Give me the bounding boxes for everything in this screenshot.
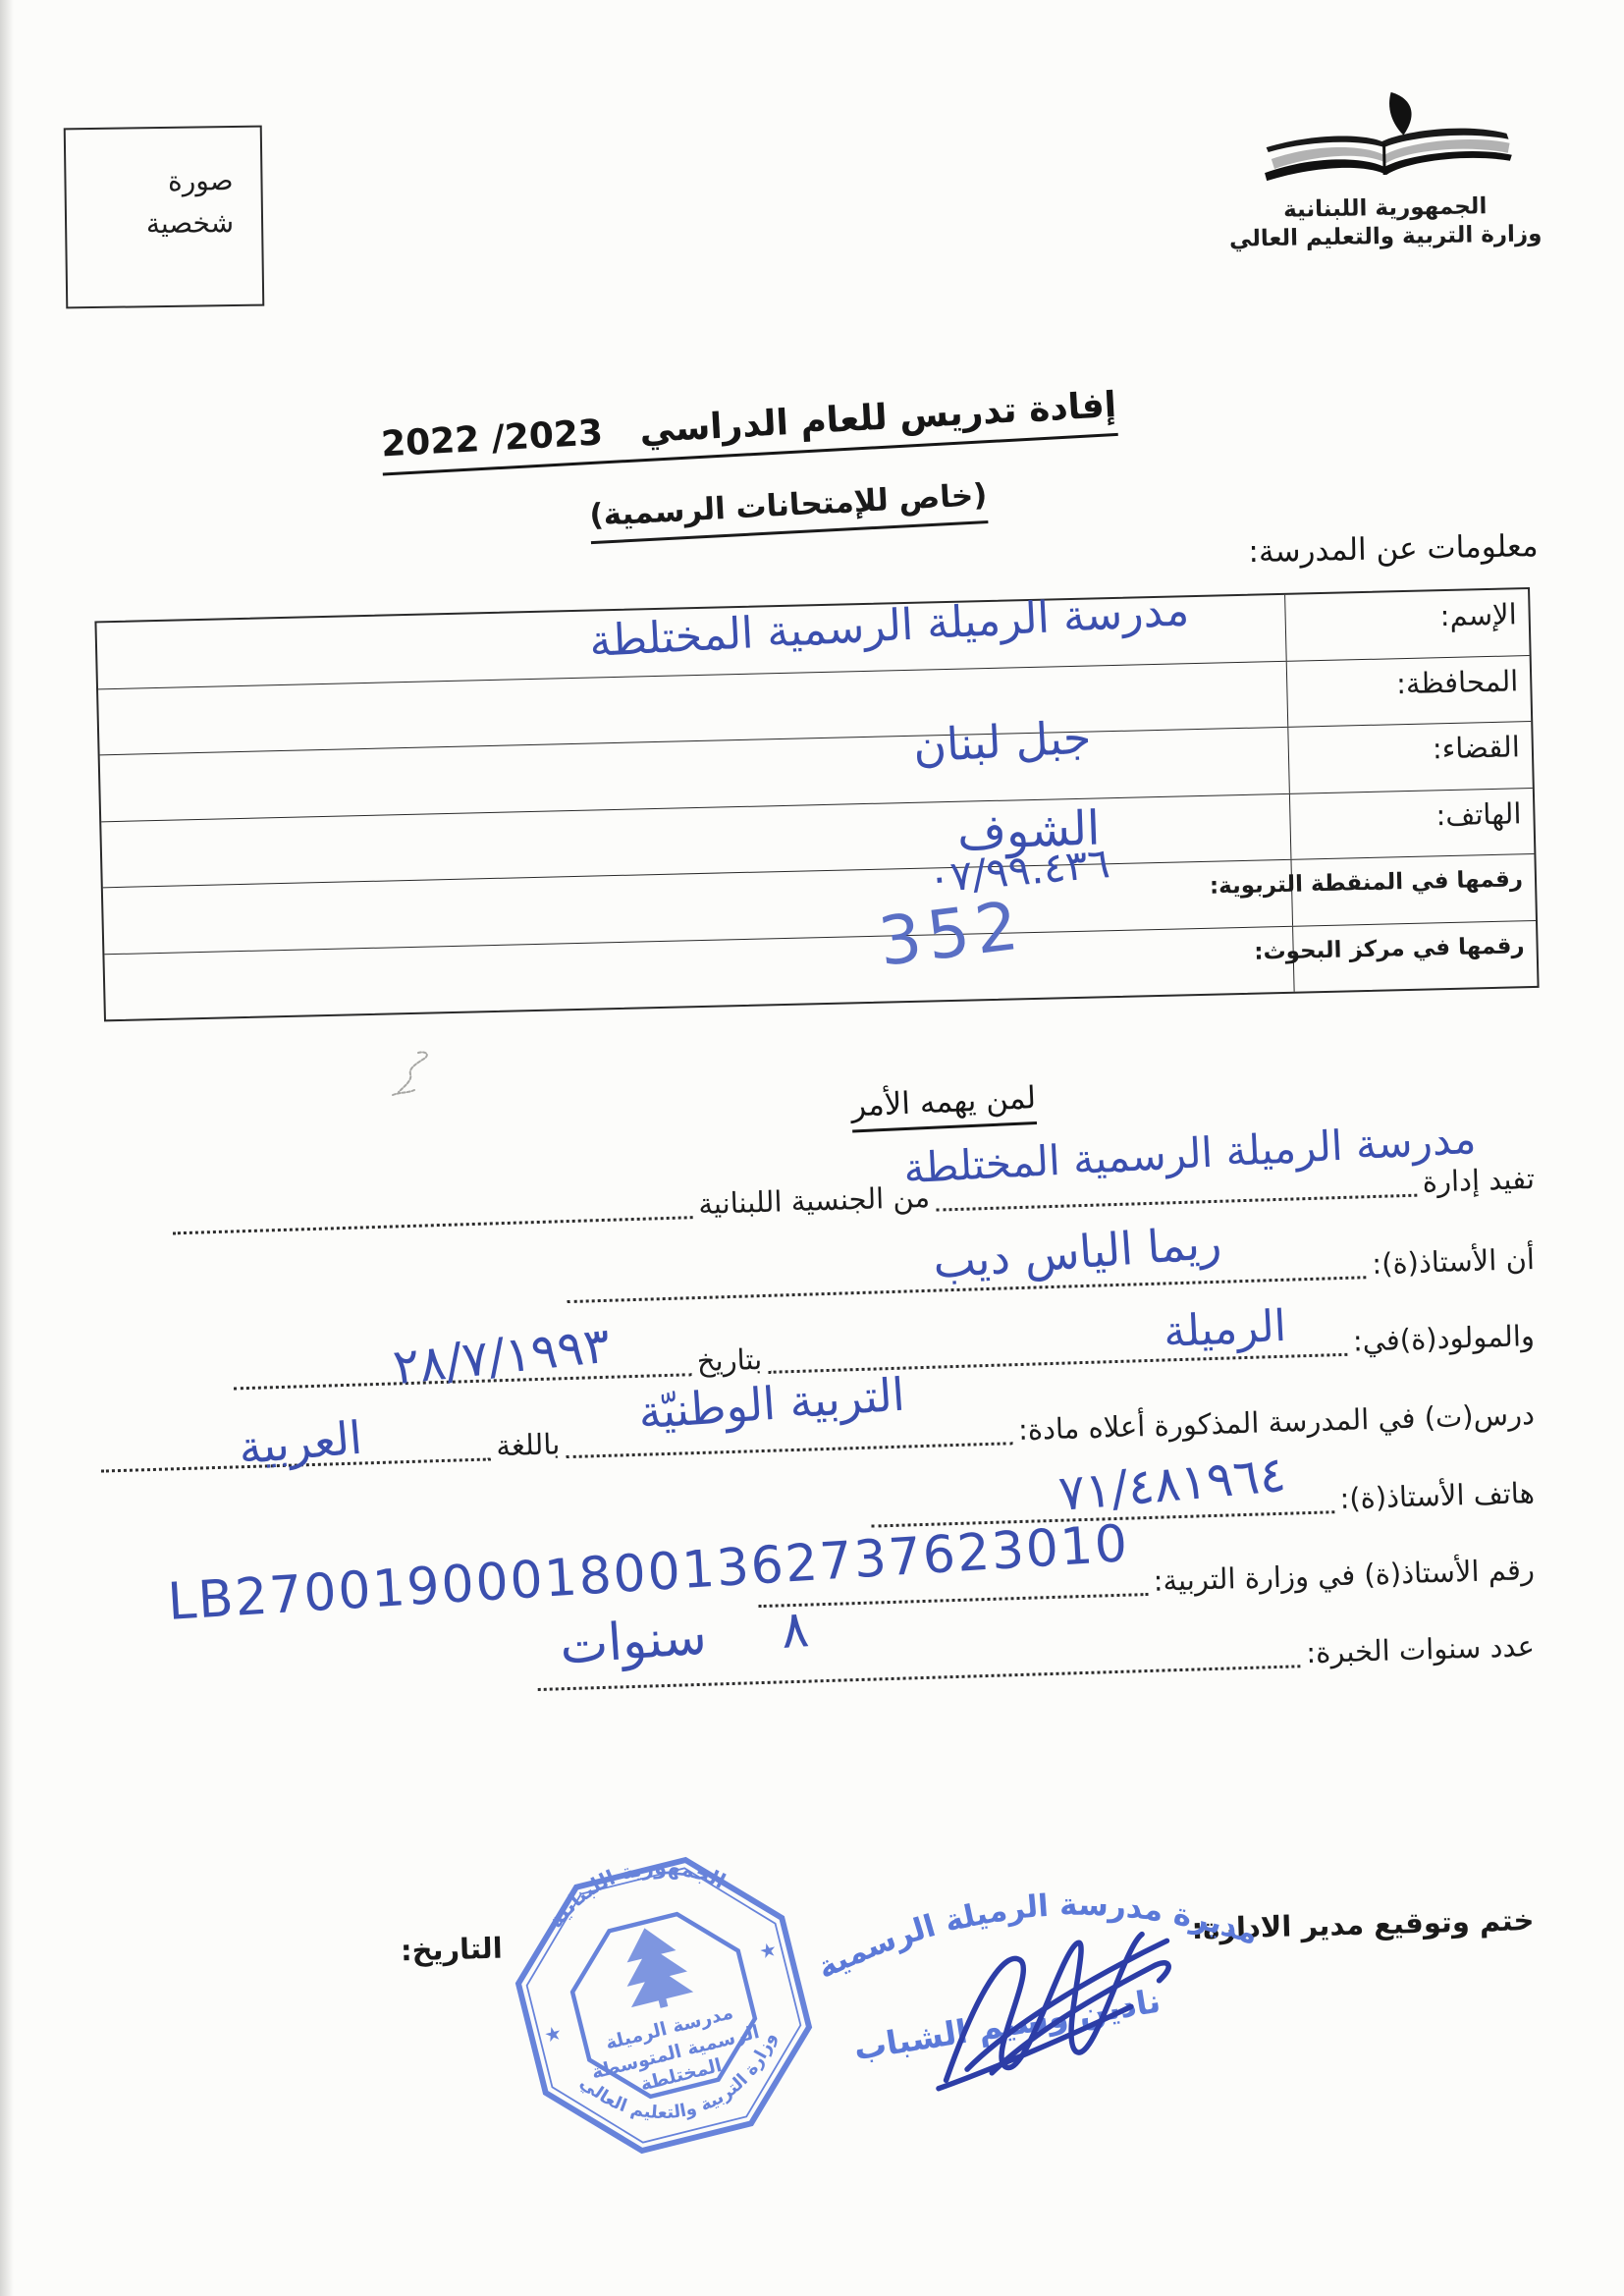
school-octagon-stamp-icon: مدرسة الرميلة الرسمية المتوسطة المختلطة … [472, 1804, 855, 2207]
ministry-header: الجمهورية اللبنانية وزارة التربية والتعل… [1217, 82, 1553, 253]
row-label-region-number: رقمها في المنقطة التربوية: [1290, 854, 1535, 925]
line1-suffix: من الجنسية اللبنانية [698, 1180, 931, 1222]
signature-scribble [920, 1910, 1205, 2110]
title-years: 2022 /2023 [380, 412, 604, 465]
row-label-governorate: المحافظة: [1286, 656, 1531, 727]
title-text: إفادة تدريس للعام الدراسي [639, 385, 1118, 451]
line4-mid-label: باللغة [496, 1428, 561, 1464]
svg-text:الجمهورية اللبنانية: الجمهورية اللبنانية [535, 1836, 734, 1936]
line1-label: تفيد إدارة [1422, 1162, 1535, 1199]
line3-label: والمولود(ة)في: [1352, 1319, 1535, 1358]
photo-label-line1: صورة [66, 159, 234, 204]
row-label-name: الإسم: [1284, 589, 1529, 660]
row-label-research-number: رقمها في مركز البحوث: [1292, 920, 1537, 991]
handwriting-governorate: جبل لبنان [912, 710, 1093, 772]
ministry-name: وزارة التربية والتعليم العالي [1218, 220, 1552, 254]
line5-label: هاتف الأستاذ(ة): [1339, 1476, 1535, 1516]
line4-label: درس(ت) في المدرسة المذكورة أعلاه مادة: [1018, 1397, 1536, 1448]
photo-placeholder-box: صورة شخصية [64, 126, 265, 309]
open-book-logo-icon [1236, 82, 1533, 196]
school-info-heading: معلومات عن المدرسة: [1248, 528, 1539, 570]
line2-label: أن الأستاذ(ة): [1372, 1242, 1536, 1282]
stamp-star-left-icon: ★ [542, 2021, 565, 2048]
scan-edge-shadow [0, 0, 14, 2296]
document-title: إفادة تدريس للعام الدراسي 2022 /2023 [380, 385, 1118, 475]
photo-label-line2: شخصية [67, 201, 235, 246]
line6-label: رقم الأستاذ(ة) في وزارة التربية: [1153, 1553, 1535, 1599]
scanned-form-page: صورة شخصية الجمهورية اللبنانية وزارة الت… [0, 0, 1624, 2296]
line7-label: عدد سنوات الخبرة: [1306, 1629, 1536, 1670]
row-label-phone: الهاتف: [1289, 788, 1534, 858]
stamp-star-right-icon: ★ [757, 1938, 780, 1964]
pencil-scribble-mark [381, 1047, 440, 1098]
handwriting-language: العربية [237, 1411, 364, 1475]
dotted-leader [172, 1189, 693, 1234]
handwriting-birthplace: الرميلة [1163, 1301, 1287, 1357]
document-subtitle: (خاص للإمتحانات الرسمية) [588, 477, 988, 544]
stamp-arc-top-text: الجمهورية اللبنانية [535, 1836, 734, 1936]
row-label-district: القضاء: [1287, 722, 1532, 793]
handwriting-birthdate: ٢٨/٧/١٩٩٣ [391, 1317, 614, 1396]
letter-heading: لمن يهمه الأمر [850, 1080, 1037, 1132]
line3-mid-label: بتاريخ [696, 1342, 763, 1379]
